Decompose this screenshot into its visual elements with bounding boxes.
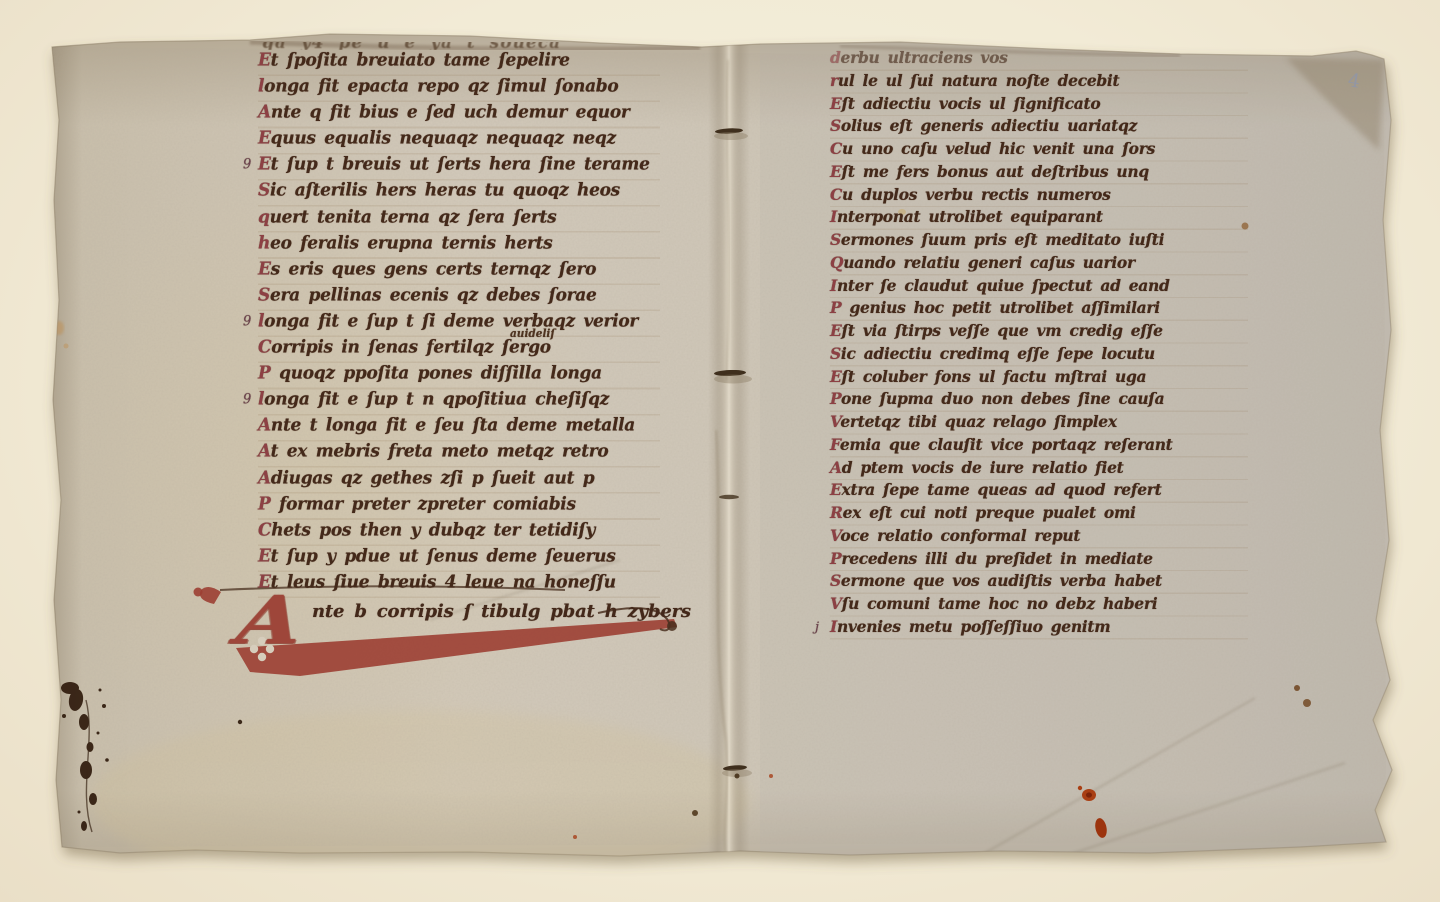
- text-line: Vertetqz tibi quaz relago ſimplex: [830, 412, 1248, 435]
- text-line: rul le ul ſui natura noſte decebit: [830, 71, 1248, 94]
- line-text: Solius eſt generis adiectiu uariatqz: [830, 116, 1137, 135]
- line-text: Adiugas qz gethes zſi p ſueit aut p: [258, 468, 594, 489]
- text-line: Eſt coluber fons ul factu mſtrai uga: [830, 367, 1248, 390]
- line-text: Interponat utrolibet equiparant: [830, 207, 1103, 226]
- line-text: Eſt coluber fons ul factu mſtrai uga: [830, 367, 1146, 386]
- text-line: Ad ptem vocis de iure relatio fiet: [830, 458, 1248, 481]
- text-line: derbu ultraciens vos: [830, 48, 1248, 71]
- line-text: Corripis in ſenas fertilqz ſergo: [258, 337, 551, 358]
- text-line: Quando relatiu generi caſus uarior: [830, 253, 1248, 276]
- text-line: Rex eſt cui noti preque pualet omi: [830, 503, 1248, 526]
- line-text: Eſt adiectiu vocis ul ſignificato: [830, 94, 1100, 113]
- text-line: Pone ſupma duo non debes ſine cauſa: [830, 389, 1248, 412]
- text-line: Sermone que vos audiſtis verba habet: [830, 571, 1248, 594]
- text-line: jInvenies metu poſſeſſiuo genitm: [830, 617, 1248, 640]
- text-line: Eſt adiectiu vocis ul ſignificato: [830, 94, 1248, 117]
- line-text: Ante q fit bius e ſed uch demur equor: [258, 102, 630, 123]
- line-text: longa fit epacta repo qz ſimul ſonabo: [258, 76, 618, 97]
- text-line: Et ſup y pdue ut ſenus deme ſeuerus: [258, 546, 660, 573]
- line-text: Eſt me fers bonus aut deſtribus unq: [830, 162, 1149, 181]
- text-line: Ante t longa fit e ſeu ſta deme metalla: [258, 415, 660, 442]
- line-text: Voce relatio conformal reput: [830, 526, 1080, 545]
- trimmed-line-fragment: qa y4 pe u e ya t soueca: [262, 33, 632, 50]
- line-text: heo feralis erupna ternis herts: [258, 233, 552, 254]
- line-text: Ad ptem vocis de iure relatio fiet: [830, 458, 1124, 477]
- paragraph-mark: 9: [243, 314, 251, 330]
- folio-number-pencil: 4: [1346, 69, 1361, 93]
- line-text: Inter ſe claudut quiue ſpectut ad eand: [830, 276, 1170, 295]
- line-text: P quoqz ppoſita pones diſſilla longa: [258, 363, 602, 384]
- line-text: rul le ul ſui natura noſte decebit: [830, 71, 1119, 90]
- line-text: At ex mebris freta meto metqz retro: [258, 441, 608, 462]
- line-text: Et ſup y pdue ut ſenus deme ſeuerus: [258, 546, 615, 567]
- text-line: Eſt me fers bonus aut deſtribus unq: [830, 162, 1248, 185]
- line-text: P genius hoc petit utrolibet aſſimilari: [830, 298, 1160, 317]
- line-text: quert tenita terna qz ſera ſerts: [258, 207, 556, 228]
- text-line: 9longa fit e ſup t ſi deme verbaqz verio…: [258, 311, 660, 338]
- line-text: Equus equalis nequaqz nequaqz neqz: [258, 128, 616, 149]
- line-text: derbu ultraciens vos: [830, 48, 1008, 67]
- text-line: 9longa fit e ſup t n qpoſitiua cheſiſqz: [258, 389, 660, 416]
- text-line: Ante q fit bius e ſed uch demur equor: [258, 102, 660, 129]
- line-text: Ante t longa fit e ſeu ſta deme metalla: [258, 415, 635, 436]
- text-line: Adiugas qz gethes zſi p ſueit aut p: [258, 468, 660, 495]
- text-line: Voce relatio conformal reput: [830, 526, 1248, 549]
- text-line: longa fit epacta repo qz ſimul ſonabo: [258, 76, 660, 103]
- decorated-initial-a: A: [201, 578, 338, 670]
- text-line: Chets pos then y dubqz ter tetidiſy: [258, 520, 660, 547]
- text-column-right: derbu ultraciens vosrul le ul ſui natura…: [830, 48, 1248, 640]
- photograph: qa y4 pe u e ya t soueca Et ſpoſita breu…: [0, 0, 1440, 902]
- line-text: Sermones ſuum pris eſt meditato iuſti: [830, 230, 1164, 249]
- initial-text-line: nte b corripis ſ tibulg pbat h zybers: [312, 601, 691, 622]
- text-line: P genius hoc petit utrolibet aſſimilari: [830, 298, 1248, 321]
- line-text: Invenies metu poſſeſſiuo genitm: [830, 617, 1110, 636]
- text-line: Eſt via ſtirps veſſe que vm credig eſſe: [830, 321, 1248, 344]
- line-text: P formar preter zpreter comiabis: [258, 494, 576, 515]
- text-line: Solius eſt generis adiectiu uariatqz: [830, 116, 1248, 139]
- line-text: longa fit e ſup t ſi deme verbaqz verior: [258, 311, 638, 332]
- paragraph-mark: 9: [243, 392, 251, 408]
- text-line: Vſu comuni tame hoc no debz haberi: [830, 594, 1248, 617]
- line-text: Eſt via ſtirps veſſe que vm credig eſſe: [830, 321, 1163, 340]
- text-line: P quoqz ppoſita pones diſſilla longa: [258, 363, 660, 390]
- line-text: Et ſpoſita breuiato tame ſepelire: [258, 50, 570, 71]
- paragraph-mark: 9: [243, 157, 251, 173]
- text-line: Sic adiectiu credimq eſſe ſepe locutu: [830, 344, 1248, 367]
- line-text: Sermone que vos audiſtis verba habet: [830, 571, 1162, 590]
- line-text: Vſu comuni tame hoc no debz haberi: [830, 594, 1157, 613]
- text-line: Femia que clauſit vice portaqz reſerant: [830, 435, 1248, 458]
- text-line: Interponat utrolibet equiparant: [830, 207, 1248, 230]
- text-line: Equus equalis nequaqz nequaqz neqz: [258, 128, 660, 155]
- line-text: Cu duplos verbu rectis numeros: [830, 185, 1111, 204]
- text-line: Sera pellinas ecenis qz debes ſorae: [258, 285, 660, 312]
- line-text: Extra ſepe tame queas ad quod refert: [830, 480, 1161, 499]
- line-text: Et ſup t breuis ut ſerts hera ſine teram…: [258, 154, 650, 175]
- text-line: Inter ſe claudut quiue ſpectut ad eand: [830, 276, 1248, 299]
- line-text: Cu uno caſu velud hic venit una ſors: [830, 139, 1155, 158]
- line-text: longa fit e ſup t n qpoſitiua cheſiſqz: [258, 389, 609, 410]
- text-line: Cu uno caſu velud hic venit una ſors: [830, 139, 1248, 162]
- text-line: Et ſpoſita breuiato tame ſepelire: [258, 50, 660, 77]
- text-line: heo feralis erupna ternis herts: [258, 233, 660, 260]
- text-column-left: Et ſpoſita breuiato tame ſepelirelonga f…: [258, 50, 660, 598]
- interlinear-gloss: auideliſ: [510, 328, 555, 340]
- text-line: Corripis in ſenas fertilqz ſergoauideliſ: [258, 337, 660, 364]
- line-text: Vertetqz tibi quaz relago ſimplex: [830, 412, 1117, 431]
- text-line: quert tenita terna qz ſera ſerts: [258, 207, 660, 234]
- text-line: Sermones ſuum pris eſt meditato iuſti: [830, 230, 1248, 253]
- line-text: Pone ſupma duo non debes ſine cauſa: [830, 389, 1164, 408]
- line-text: Sera pellinas ecenis qz debes ſorae: [258, 285, 597, 306]
- line-text: Sic aſterilis hers heras tu quoqz heos: [258, 180, 620, 201]
- text-line: At ex mebris freta meto metqz retro: [258, 441, 660, 468]
- line-text: Femia que clauſit vice portaqz reſerant: [830, 435, 1173, 454]
- text-line: Es eris ques gens certs ternqz ſero: [258, 259, 660, 286]
- text-line: Extra ſepe tame queas ad quod refert: [830, 480, 1248, 503]
- line-text: Sic adiectiu credimq eſſe ſepe locutu: [830, 344, 1155, 363]
- leaf-text: qa y4 pe u e ya t soueca Et ſpoſita breu…: [0, 0, 1440, 902]
- text-line: Precedens illi du preſidet in mediate: [830, 549, 1248, 572]
- line-text: Es eris ques gens certs ternqz ſero: [258, 259, 596, 280]
- text-line: P formar preter zpreter comiabis: [258, 494, 660, 521]
- text-line: 9Et ſup t breuis ut ſerts hera ſine tera…: [258, 154, 660, 181]
- paragraph-mark: j: [815, 620, 819, 635]
- line-text: Precedens illi du preſidet in mediate: [830, 549, 1153, 568]
- text-line: Cu duplos verbu rectis numeros: [830, 185, 1248, 208]
- line-text: Chets pos then y dubqz ter tetidiſy: [258, 520, 595, 541]
- line-text: Rex eſt cui noti preque pualet omi: [830, 503, 1136, 522]
- line-text: Quando relatiu generi caſus uarior: [830, 253, 1135, 272]
- text-line: Sic aſterilis hers heras tu quoqz heos: [258, 180, 660, 207]
